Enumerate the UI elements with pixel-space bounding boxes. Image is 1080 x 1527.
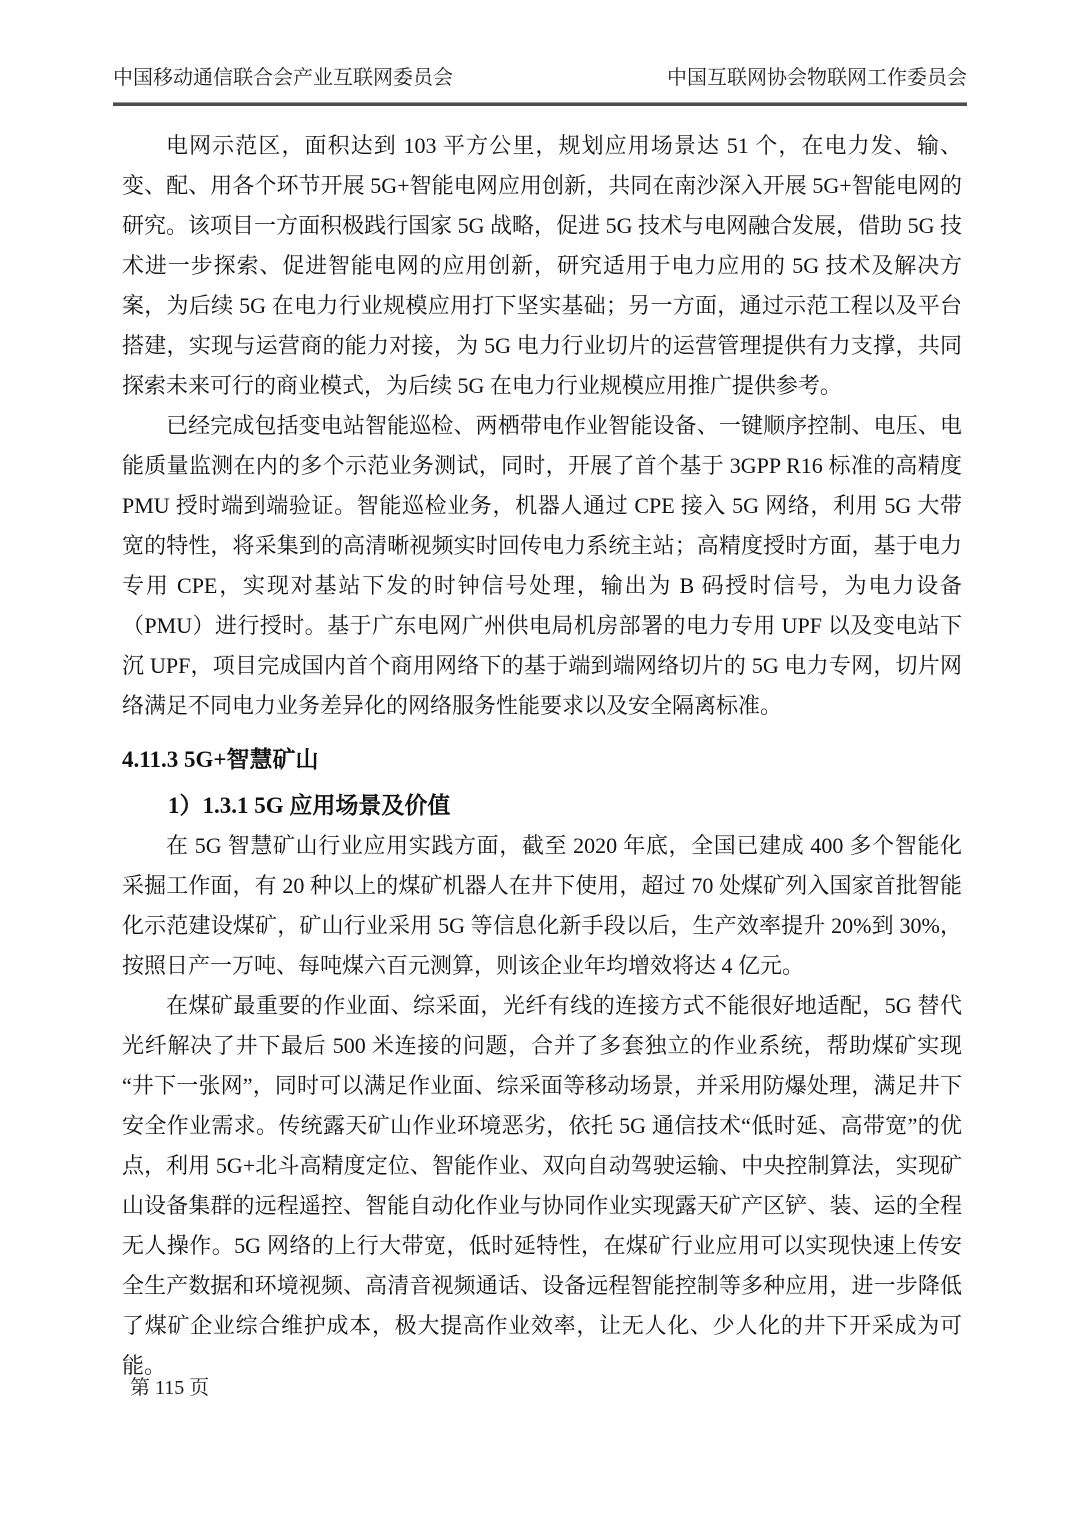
page-body: 电网示范区，面积达到 103 平方公里，规划应用场景达 51 个，在电力发、输、… <box>122 126 962 1386</box>
document-page: 中国移动通信联合会产业互联网委员会 中国互联网协会物联网工作委员会 电网示范区，… <box>0 0 1080 1527</box>
subsection-heading-5g-scenario-value: 1）1.3.1 5G 应用场景及价值 <box>122 786 962 826</box>
paragraph-smart-mine-benefits: 在煤矿最重要的作业面、综采面，光纤有线的连接方式不能很好地适配，5G 替代光纤解… <box>122 986 962 1386</box>
paragraph-smart-grid-tests: 已经完成包括变电站智能巡检、两栖带电作业智能设备、一键顺序控制、电压、电能质量监… <box>122 406 962 726</box>
paragraph-smart-mine-status: 在 5G 智慧矿山行业应用实践方面，截至 2020 年底，全国已建成 400 多… <box>122 826 962 986</box>
page-header: 中国移动通信联合会产业互联网委员会 中国互联网协会物联网工作委员会 <box>113 62 967 94</box>
header-divider <box>113 102 967 106</box>
paragraph-smart-grid-demo: 电网示范区，面积达到 103 平方公里，规划应用场景达 51 个，在电力发、输、… <box>122 126 962 406</box>
header-left-org: 中国移动通信联合会产业互联网委员会 <box>113 62 453 94</box>
section-heading-smart-mine: 4.11.3 5G+智慧矿山 <box>122 740 962 780</box>
page-footer: 第 115 页 <box>130 1372 209 1404</box>
header-right-org: 中国互联网协会物联网工作委员会 <box>667 62 967 94</box>
page-number: 第 115 页 <box>130 1377 209 1399</box>
